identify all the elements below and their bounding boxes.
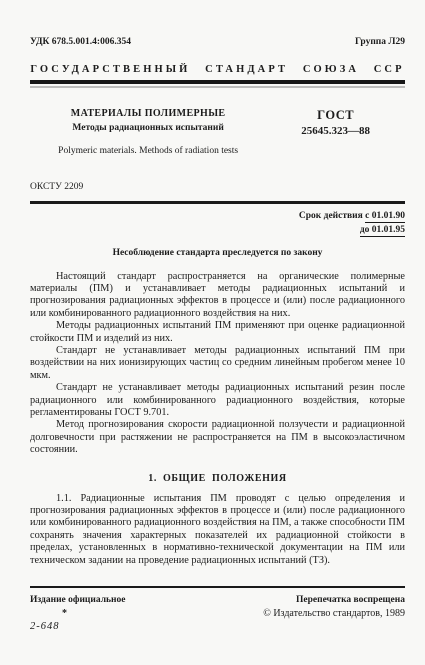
section-1-text: 1.1. Радиационные испытания ПМ проводят … <box>30 493 405 567</box>
document-page: УДК 678.5.001.4:006.354 Группа Л29 ГОСУД… <box>0 0 425 567</box>
footer-rule <box>30 586 405 588</box>
copyright-notice: © Издательство стандартов, 1989 <box>263 608 405 619</box>
print-order-code: 2-648 <box>30 621 405 632</box>
title-left-column: МАТЕРИАЛЫ ПОЛИМЕРНЫЕ Методы радиационных… <box>30 108 266 156</box>
validity-from-label: Срок действия <box>299 211 365 221</box>
imprint-footer: Издание официальное Перепечатка воспреще… <box>30 586 405 632</box>
gost-designation: ГОСТ 25645.323—88 <box>266 108 405 156</box>
validity-block: Срок действия с 01.01.90 до 01.01.95 <box>30 211 405 235</box>
state-standard-header: ГОСУДАРСТВЕННЫЙ СТАНДАРТ СОЮЗА ССР <box>30 64 405 75</box>
doc-title-en: Polymeric materials. Methods of radiatio… <box>30 146 266 156</box>
body-paragraph: Метод прогнозирования скорости радиацион… <box>30 419 405 456</box>
doc-subtitle-ru: Методы радиационных испытаний <box>30 123 266 133</box>
official-edition-label: Издание официальное <box>30 595 126 605</box>
heavy-rule-echo <box>30 86 405 88</box>
validity-from-line: Срок действия с 01.01.90 <box>30 211 405 221</box>
body-paragraph: Стандарт не устанавливает методы радиаци… <box>30 382 405 419</box>
footer-copyright-row: * © Издательство стандартов, 1989 <box>30 608 405 619</box>
validity-to-date: до 01.01.95 <box>360 225 405 237</box>
reprint-prohibited-label: Перепечатка воспрещена <box>296 595 405 605</box>
section-paragraph: 1.1. Радиационные испытания ПМ проводят … <box>30 493 405 567</box>
classification-row: УДК 678.5.001.4:006.354 Группа Л29 <box>30 37 405 47</box>
udk-code: УДК 678.5.001.4:006.354 <box>30 37 131 47</box>
footnote-asterisk: * <box>62 608 67 619</box>
preamble-text: Настоящий стандарт распространяется на о… <box>30 271 405 457</box>
validity-from-date: с 01.01.90 <box>365 211 405 223</box>
gost-label: ГОСТ <box>266 108 405 123</box>
heavy-rule <box>30 80 405 84</box>
footer-labels-row: Издание официальное Перепечатка воспреще… <box>30 595 405 605</box>
group-code: Группа Л29 <box>355 37 405 47</box>
validity-to-line: до 01.01.95 <box>30 225 405 235</box>
title-block: МАТЕРИАЛЫ ПОЛИМЕРНЫЕ Методы радиационных… <box>30 108 405 156</box>
body-paragraph: Методы радиационных испытаний ПМ применя… <box>30 320 405 345</box>
body-paragraph: Настоящий стандарт распространяется на о… <box>30 271 405 321</box>
law-notice: Несоблюдение стандарта преследуется по з… <box>30 248 405 258</box>
divider-rule <box>30 201 405 204</box>
gost-number: 25645.323—88 <box>266 125 405 137</box>
doc-title-ru: МАТЕРИАЛЫ ПОЛИМЕРНЫЕ <box>30 108 266 119</box>
section-1-heading: 1. ОБЩИЕ ПОЛОЖЕНИЯ <box>30 473 405 484</box>
body-paragraph: Стандарт не устанавливает методы радиаци… <box>30 345 405 382</box>
okstu-code: ОКСТУ 2209 <box>30 182 405 192</box>
